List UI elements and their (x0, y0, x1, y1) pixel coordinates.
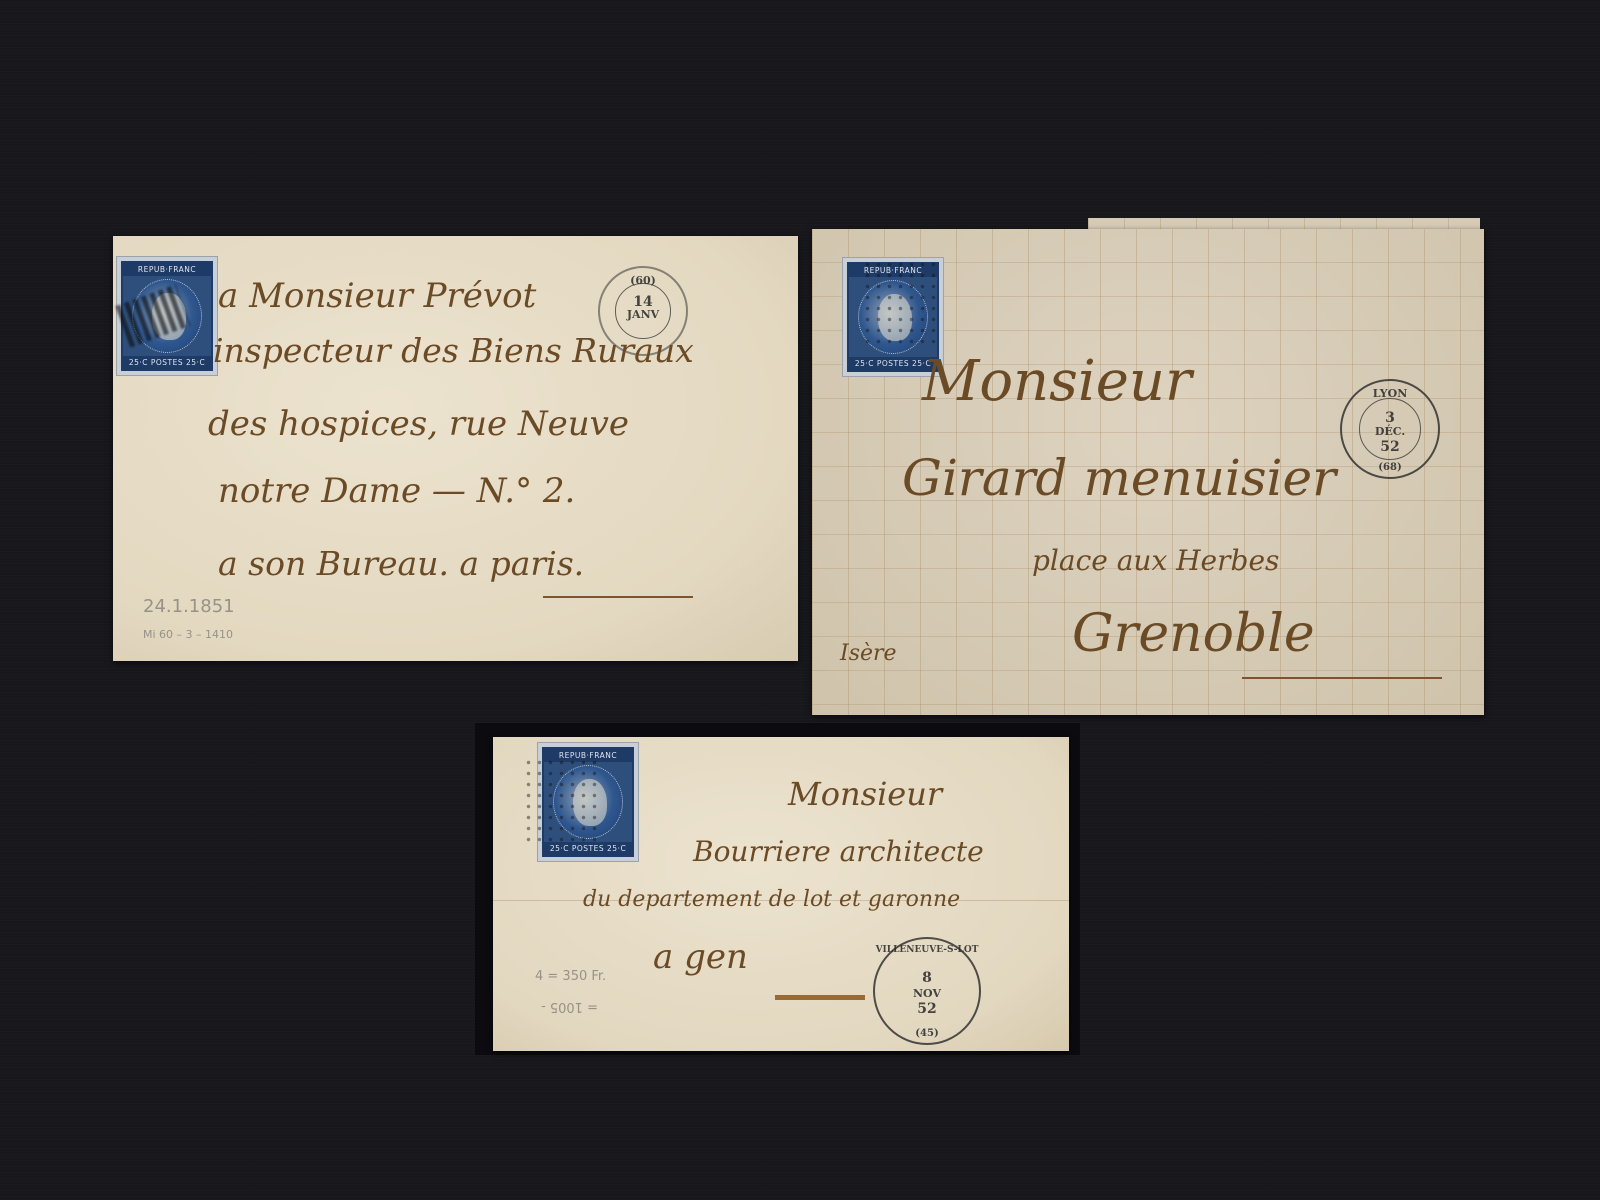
address-line: notre Dame — N.° 2. (218, 471, 575, 511)
address-line: a gen (653, 937, 748, 977)
address-line: place aux Herbes (1032, 544, 1279, 577)
letter-cover-2: REPUB·FRANC 25·C POSTES 25·C LYON 3 DÉC.… (812, 229, 1484, 715)
pencil-note-value: = 1005 - (541, 999, 598, 1014)
letter-cover-1: REPUB·FRANC 25·C POSTES 25·C (60) 14 JAN… (113, 236, 798, 661)
dotted-cancel-mark (523, 757, 603, 847)
address-line: a son Bureau. a paris. (218, 544, 584, 583)
address-line: Grenoble (1072, 604, 1315, 664)
stamp-top-text: REPUB·FRANC (123, 263, 211, 276)
address-line: des hospices, rue Neuve (208, 404, 629, 444)
department-note: Isère (840, 641, 897, 666)
postmark: VILLENEUVE-S-LOT 8 NOV 52 (45) (873, 937, 981, 1045)
ink-underline (775, 995, 865, 1000)
stamp-bottom-text: 25·C POSTES 25·C (123, 356, 211, 369)
ink-underline (543, 596, 693, 598)
address-line: Monsieur (922, 349, 1192, 414)
pencil-note-price: 4 = 350 Fr. (535, 969, 606, 984)
postmark: LYON 3 DÉC. 52 (68) (1340, 379, 1440, 479)
address-line: a Monsieur Prévot (218, 276, 536, 316)
pencil-note-catalog: Mi 60 – 3 – 1410 (143, 628, 233, 641)
address-line: inspecteur des Biens Ruraux (213, 331, 694, 370)
address-line: du departement de lot et garonne (583, 887, 960, 912)
address-line: Girard menuisier (902, 449, 1336, 507)
pencil-note-date: 24.1.1851 (143, 596, 235, 617)
dotted-cancel-mark (862, 259, 942, 349)
address-line: Monsieur (788, 775, 942, 813)
address-line: Bourriere architecte (693, 835, 984, 868)
letter-cover-3: REPUB·FRANC 25·C POSTES 25·C VILLENEUVE-… (493, 737, 1069, 1051)
ink-underline (1242, 677, 1442, 679)
